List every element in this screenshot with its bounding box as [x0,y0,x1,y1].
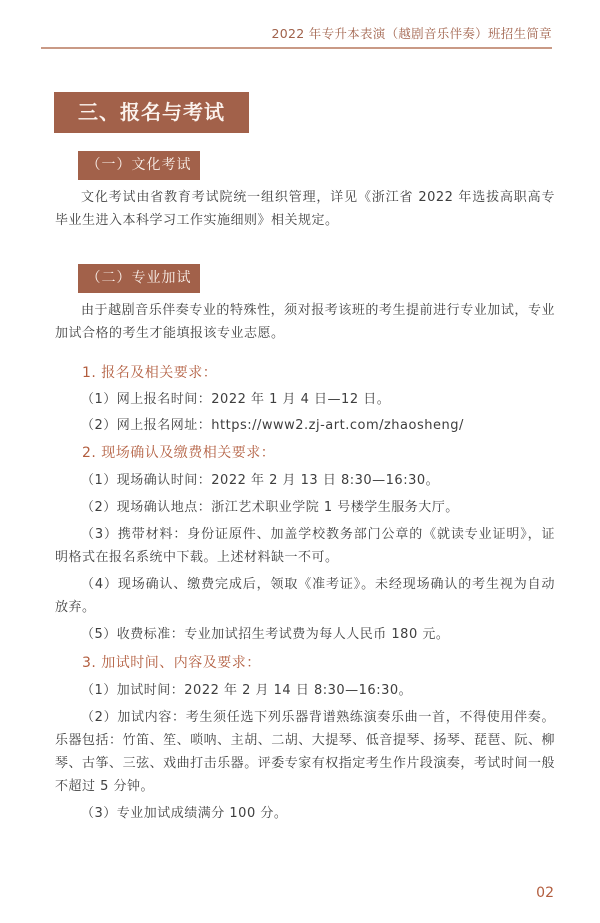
fee-standard-item: （5）收费标准：专业加试招生考试费为每人人民币 180 元。 [55,623,555,646]
header-divider [41,47,552,49]
exam-content-item: （2）加试内容：考生须任选下列乐器背谱熟练演奏乐曲一首，不得使用伴奏。乐器包括：… [55,706,555,798]
subsection-title-culture-exam: （一）文化考试 [78,151,200,180]
section-title: 三、报名与考试 [54,92,249,133]
onsite-confirmation-heading: 2. 现场确认及缴费相关要求： [82,442,275,464]
exam-time-content-heading: 3. 加试时间、内容及要求： [82,652,261,674]
registration-time-item: （1）网上报名时间：2022 年 1 月 4 日—12 日。 [55,388,555,411]
confirmation-location-item: （2）现场确认地点：浙江艺术职业学院 1 号楼学生服务大厅。 [55,496,555,519]
running-header-title: 2022 年专升本表演（越剧音乐伴奏）班招生简章 [272,24,553,42]
admission-ticket-item: （4）现场确认、缴费完成后，领取《准考证》。未经现场确认的考生视为自动放弃。 [55,573,555,619]
registration-url-item: （2）网上报名网址：https://www2.zj-art.com/zhaosh… [55,414,555,437]
subsection-title-professional-exam: （二）专业加试 [78,264,200,293]
confirmation-time-item: （1）现场确认时间：2022 年 2 月 13 日 8:30—16:30。 [55,469,555,492]
exam-score-item: （3）专业加试成绩满分 100 分。 [55,802,555,825]
exam-time-item: （1）加试时间：2022 年 2 月 14 日 8:30—16:30。 [55,679,555,702]
registration-requirements-heading: 1. 报名及相关要求： [82,362,217,384]
page-number: 02 [536,885,554,901]
professional-exam-paragraph: 由于越剧音乐伴奏专业的特殊性，须对报考该班的考生提前进行专业加试，专业加试合格的… [55,299,555,345]
culture-exam-paragraph: 文化考试由省教育考试院统一组织管理，详见《浙江省 2022 年选拔高职高专毕业生… [55,186,555,232]
required-materials-item: （3）携带材料：身份证原件、加盖学校教务部门公章的《就读专业证明》，证明格式在报… [55,523,555,569]
